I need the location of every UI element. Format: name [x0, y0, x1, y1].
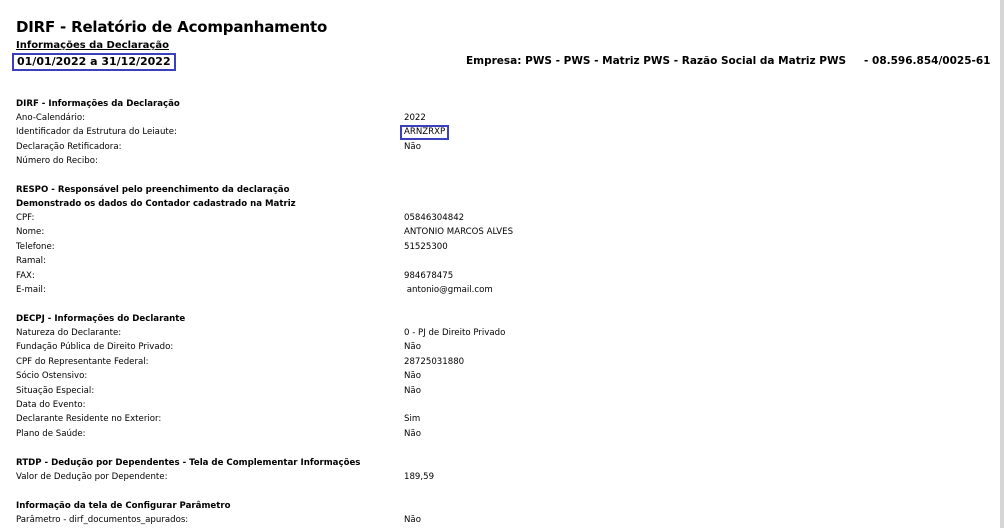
field-value: antonio@gmail.com	[404, 283, 493, 297]
period-range: 01/01/2022 a 31/12/2022	[12, 53, 176, 71]
field-label: CPF do Representante Federal:	[16, 355, 149, 369]
field-label: Natureza do Declarante:	[16, 326, 121, 340]
field-row: Parâmetro - dirf_documentos_apurados:Não	[16, 513, 231, 527]
section-heading: DIRF - Informações da Declaração	[16, 97, 180, 111]
field-row: CPF:05846304842	[16, 211, 296, 225]
company-cnpj: - 08.596.854/0025-61	[864, 55, 990, 67]
field-row: Valor de Dedução por Dependente:189,59	[16, 470, 360, 484]
field-row: E-mail: antonio@gmail.com	[16, 283, 296, 297]
field-label: Identificador da Estrutura do Leiaute:	[16, 125, 177, 139]
field-label: Declarante Residente no Exterior:	[16, 412, 161, 426]
section-heading: Informação da tela de Configurar Parâmet…	[16, 499, 231, 513]
field-value: Sim	[404, 412, 420, 426]
field-value: Não	[404, 140, 421, 154]
field-label: Declaração Retificadora:	[16, 140, 122, 154]
field-row: Data do Evento:	[16, 398, 185, 412]
field-row: Sócio Ostensivo:Não	[16, 369, 185, 383]
section-subheading: Demonstrado os dados do Contador cadastr…	[16, 197, 296, 211]
field-label: Número do Recibo:	[16, 154, 98, 168]
field-value: 984678475	[404, 269, 453, 283]
section-respo: RESPO - Responsável pelo preenchimento d…	[16, 183, 296, 297]
field-value: Não	[404, 384, 421, 398]
field-row: Declarante Residente no Exterior:Sim	[16, 412, 185, 426]
field-label: Plano de Saúde:	[16, 427, 86, 441]
field-value: Não	[404, 513, 421, 527]
section-parametro: Informação da tela de Configurar Parâmet…	[16, 499, 231, 527]
field-row: Nome:ANTONIO MARCOS ALVES	[16, 225, 296, 239]
field-row: Declaração Retificadora:Não	[16, 140, 180, 154]
field-label: Fundação Pública de Direito Privado:	[16, 340, 173, 354]
field-value: 51525300	[404, 240, 448, 254]
field-value: 2022	[404, 111, 426, 125]
field-label: CPF:	[16, 211, 34, 225]
field-row: CPF do Representante Federal:28725031880	[16, 355, 185, 369]
section-rtdp: RTDP - Dedução por Dependentes - Tela de…	[16, 456, 360, 484]
field-row: Situação Especial:Não	[16, 384, 185, 398]
section-dirf: DIRF - Informações da Declaração Ano-Cal…	[16, 97, 180, 169]
highlighted-field-value: ARNZRXP	[400, 125, 449, 140]
field-label: Ramal:	[16, 254, 46, 268]
field-label: Situação Especial:	[16, 384, 94, 398]
field-value: Não	[404, 340, 421, 354]
company-info: Empresa: PWS - PWS - Matriz PWS - Razão …	[466, 55, 846, 67]
field-value: 0 - PJ de Direito Privado	[404, 326, 505, 340]
field-value: Não	[404, 427, 421, 441]
field-row: Identificador da Estrutura do Leiaute:AR…	[16, 125, 180, 139]
field-label: Parâmetro - dirf_documentos_apurados:	[16, 513, 188, 527]
field-label: FAX:	[16, 269, 35, 283]
field-row: Número do Recibo:	[16, 154, 180, 168]
section-decpj: DECPJ - Informações do Declarante Nature…	[16, 312, 185, 441]
field-row: FAX:984678475	[16, 269, 296, 283]
section-heading: DECPJ - Informações do Declarante	[16, 312, 185, 326]
field-row: Plano de Saúde:Não	[16, 427, 185, 441]
field-label: Data do Evento:	[16, 398, 85, 412]
scrollbar[interactable]	[1000, 0, 1004, 528]
field-label: E-mail:	[16, 283, 46, 297]
field-value: 05846304842	[404, 211, 464, 225]
field-label: Ano-Calendário:	[16, 111, 85, 125]
field-value: Não	[404, 369, 421, 383]
field-label: Valor de Dedução por Dependente:	[16, 470, 167, 484]
field-row: Telefone:51525300	[16, 240, 296, 254]
field-value: 28725031880	[404, 355, 464, 369]
field-label: Telefone:	[16, 240, 55, 254]
report-title: DIRF - Relatório de Acompanhamento	[16, 18, 327, 36]
field-value: ANTONIO MARCOS ALVES	[404, 225, 513, 239]
field-row: Natureza do Declarante:0 - PJ de Direito…	[16, 326, 185, 340]
field-label: Nome:	[16, 225, 44, 239]
section-heading: RESPO - Responsável pelo preenchimento d…	[16, 183, 296, 197]
report-subtitle: Informações da Declaração	[16, 40, 169, 51]
field-label: Sócio Ostensivo:	[16, 369, 87, 383]
field-row: Ano-Calendário:2022	[16, 111, 180, 125]
field-row: Ramal:	[16, 254, 296, 268]
field-row: Fundação Pública de Direito Privado:Não	[16, 340, 185, 354]
field-value: 189,59	[404, 470, 434, 484]
section-heading: RTDP - Dedução por Dependentes - Tela de…	[16, 456, 360, 470]
